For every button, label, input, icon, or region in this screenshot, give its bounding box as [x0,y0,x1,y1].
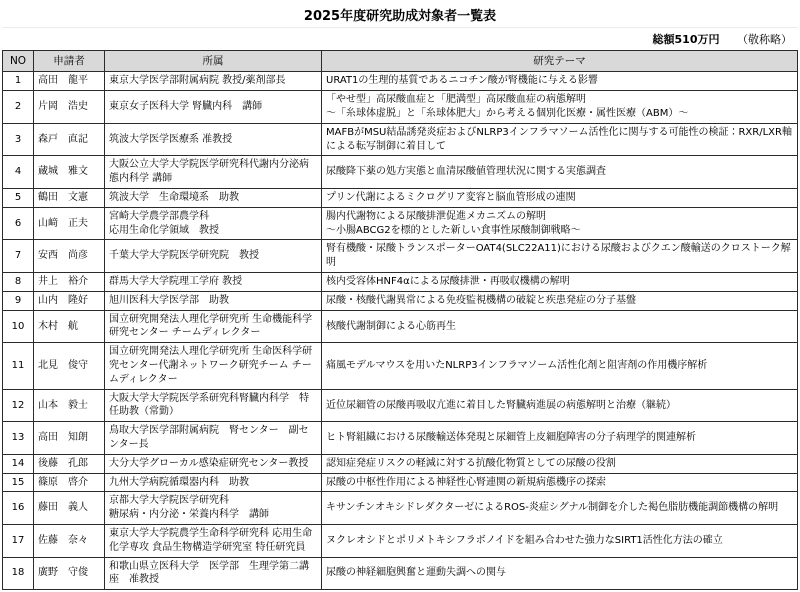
affiliation: 宮崎大学農学部農学科 応用生命化学領域 教授 [105,207,322,240]
applicant-name: 木村 航 [34,310,105,343]
table-row: 12 山本 毅士 大阪大学大学院医学系研究科腎臓内科学 特任助教（常勤） 近位尿… [3,389,798,422]
row-number: 18 [3,557,34,590]
applicant-name: 鶴田 文憲 [34,189,105,208]
row-number: 13 [3,422,34,455]
affiliation: 鳥取大学医学部附属病院 腎センター 副センター長 [105,422,322,455]
row-number: 10 [3,310,34,343]
applicant-name: 片岡 浩史 [34,91,105,124]
row-number: 4 [3,156,34,189]
applicant-name: 山内 隆好 [34,291,105,310]
affiliation: 筑波大学 生命環境系 助教 [105,189,322,208]
research-theme: 近位尿細管の尿酸再吸収亢進に着目した腎臓病進展の病態解明と治療（継続） [322,389,798,422]
table-row: 16 藤田 義人 京都大学大学院医学研究科 糖尿病・内分泌・栄養内科学 講師 キ… [3,492,798,525]
table-row: 9 山内 隆好 旭川医科大学医学部 助教 尿酸・核酸代謝異常による免疫監視機構の… [3,291,798,310]
affiliation: 群馬大学大学院理工学府 教授 [105,273,322,292]
grant-recipients-table: NO 申請者 所属 研究テーマ 1 高田 龍平 東京大学医学部附属病院 教授/薬… [2,50,798,590]
table-row: 11 北見 俊守 国立研究開発法人理化学研究所 生命医科学研究センター代謝ネット… [3,343,798,389]
affiliation: 京都大学大学院医学研究科 糖尿病・内分泌・栄養内科学 講師 [105,492,322,525]
affiliation: 東京大学医学部附属病院 教授/薬剤部長 [105,72,322,91]
research-theme: URAT1の生理的基質であるニコチン酸が腎機能に与える影響 [322,72,798,91]
row-number: 3 [3,123,34,156]
affiliation: 東京大学大学院農学生命科学研究科 応用生命化学専攻 食品生物構造学研究室 特任研… [105,525,322,558]
col-header-theme: 研究テーマ [322,51,798,72]
row-number: 11 [3,343,34,389]
research-theme: プリン代謝によるミクログリア変容と脳血管形成の連関 [322,189,798,208]
row-number: 12 [3,389,34,422]
applicant-name: 藤田 義人 [34,492,105,525]
row-number: 1 [3,72,34,91]
row-number: 6 [3,207,34,240]
research-theme: 尿酸・核酸代謝異常による免疫監視機構の破綻と疾患発症の分子基盤 [322,291,798,310]
research-theme: ヒト腎組織における尿酸輸送体発現と尿細管上皮細胞障害の分子病理学的関連解析 [322,422,798,455]
table-row: 7 安西 尚彦 千葉大学大学院医学研究院 教授 腎有機酸・尿酸トランスポーターO… [3,240,798,273]
header-row: NO 申請者 所属 研究テーマ [3,51,798,72]
table-row: 13 高田 知朗 鳥取大学医学部附属病院 腎センター 副センター長 ヒト腎組織に… [3,422,798,455]
research-theme: キサンチンオキシドレダクターゼによるROS-炎症シグナル制御を介した褐色脂肪機能… [322,492,798,525]
table-row: 15 篠原 啓介 九州大学病院循環器内科 助教 尿酸の中枢性作用による神経性心腎… [3,473,798,492]
table-row: 4 蔵城 雅文 大阪公立大学大学院医学研究科代謝内分泌病態内科学 講師 尿酸降下… [3,156,798,189]
applicant-name: 山本 毅士 [34,389,105,422]
table-row: 6 山﨑 正夫 宮崎大学農学部農学科 応用生命化学領域 教授 腸内代謝物による尿… [3,207,798,240]
affiliation: 九州大学病院循環器内科 助教 [105,473,322,492]
affiliation: 千葉大学大学院医学研究院 教授 [105,240,322,273]
table-row: 2 片岡 浩史 東京女子医科大学 腎臓内科 講師 「やせ型」高尿酸血症と「肥満型… [3,91,798,124]
col-header-applicant: 申請者 [34,51,105,72]
applicant-name: 井上 裕介 [34,273,105,292]
research-theme: 核内受容体HNF4αによる尿酸排泄・再吸収機構の解明 [322,273,798,292]
research-theme: MAFBがMSU結晶誘発炎症およびNLRP3インフラマソーム活性化に関与する可能… [322,123,798,156]
row-number: 15 [3,473,34,492]
affiliation: 国立研究開発法人理化学研究所 生命機能科学研究センター チームディレクター [105,310,322,343]
table-row: 8 井上 裕介 群馬大学大学院理工学府 教授 核内受容体HNF4αによる尿酸排泄… [3,273,798,292]
affiliation: 大分大学グローカル感染症研究センター教授 [105,454,322,473]
research-theme: 「やせ型」高尿酸血症と「肥満型」高尿酸血症の病態解明 ～「糸球体虚脱」と「糸球体… [322,91,798,124]
applicant-name: 安西 尚彦 [34,240,105,273]
page: 2025年度研究助成対象者一覧表 総額510万円 （敬称略） NO 申請者 所属… [0,0,800,592]
research-theme: 尿酸の神経細胞興奮と運動失調への関与 [322,557,798,590]
affiliation: 筑波大学医学医療系 准教授 [105,123,322,156]
col-header-affiliation: 所属 [105,51,322,72]
row-number: 16 [3,492,34,525]
affiliation: 旭川医科大学医学部 助教 [105,291,322,310]
affiliation: 大阪公立大学大学院医学研究科代謝内分泌病態内科学 講師 [105,156,322,189]
applicant-name: 高田 龍平 [34,72,105,91]
row-number: 2 [3,91,34,124]
applicant-name: 蔵城 雅文 [34,156,105,189]
meta-row: 総額510万円 （敬称略） [2,28,798,50]
table-row: 17 佐藤 奈々 東京大学大学院農学生命科学研究科 応用生命化学専攻 食品生物構… [3,525,798,558]
applicant-name: 廣野 守俊 [34,557,105,590]
row-number: 5 [3,189,34,208]
applicant-name: 森戸 直記 [34,123,105,156]
research-theme: 痛風モデルマウスを用いたNLRP3インフラマソーム活性化剤と阻害剤の作用機序解析 [322,343,798,389]
affiliation: 国立研究開発法人理化学研究所 生命医科学研究センター代謝ネットワーク研究チーム … [105,343,322,389]
row-number: 14 [3,454,34,473]
research-theme: 認知症発症リスクの軽減に対する抗酸化物質としての尿酸の役割 [322,454,798,473]
research-theme: 腸内代謝物による尿酸排泄促進メカニズムの解明 ～小腸ABCG2を標的とした新しい… [322,207,798,240]
applicant-name: 北見 俊守 [34,343,105,389]
page-title: 2025年度研究助成対象者一覧表 [2,3,798,28]
affiliation: 和歌山県立医科大学 医学部 生理学第二講座 准教授 [105,557,322,590]
row-number: 17 [3,525,34,558]
affiliation: 東京女子医科大学 腎臓内科 講師 [105,91,322,124]
research-theme: 尿酸降下薬の処方実態と血清尿酸値管理状況に関する実態調査 [322,156,798,189]
table-body: 1 高田 龍平 東京大学医学部附属病院 教授/薬剤部長 URAT1の生理的基質で… [3,72,798,590]
research-theme: 核酸代謝制御による心筋再生 [322,310,798,343]
applicant-name: 高田 知朗 [34,422,105,455]
table-row: 14 後藤 孔郎 大分大学グローカル感染症研究センター教授 認知症発症リスクの軽… [3,454,798,473]
total-amount: 総額510万円 [653,33,720,46]
affiliation: 大阪大学大学院医学系研究科腎臓内科学 特任助教（常勤） [105,389,322,422]
research-theme: ヌクレオシドとポリメトキシフラボノイドを組み合わせた強力なSIRT1活性化方法の… [322,525,798,558]
table-row: 18 廣野 守俊 和歌山県立医科大学 医学部 生理学第二講座 准教授 尿酸の神経… [3,557,798,590]
table-row: 1 高田 龍平 東京大学医学部附属病院 教授/薬剤部長 URAT1の生理的基質で… [3,72,798,91]
row-number: 7 [3,240,34,273]
table-row: 3 森戸 直記 筑波大学医学医療系 准教授 MAFBがMSU結晶誘発炎症およびN… [3,123,798,156]
research-theme: 腎有機酸・尿酸トランスポーターOAT4(SLC22A11)における尿酸およびクエ… [322,240,798,273]
row-number: 9 [3,291,34,310]
applicant-name: 篠原 啓介 [34,473,105,492]
applicant-name: 山﨑 正夫 [34,207,105,240]
table-row: 10 木村 航 国立研究開発法人理化学研究所 生命機能科学研究センター チームデ… [3,310,798,343]
honorific-note: （敬称略） [737,33,792,46]
table-row: 5 鶴田 文憲 筑波大学 生命環境系 助教 プリン代謝によるミクログリア変容と脳… [3,189,798,208]
table-header: NO 申請者 所属 研究テーマ [3,51,798,72]
row-number: 8 [3,273,34,292]
applicant-name: 佐藤 奈々 [34,525,105,558]
applicant-name: 後藤 孔郎 [34,454,105,473]
col-header-no: NO [3,51,34,72]
research-theme: 尿酸の中枢性作用による神経性心腎連関の新規病態機序の探索 [322,473,798,492]
